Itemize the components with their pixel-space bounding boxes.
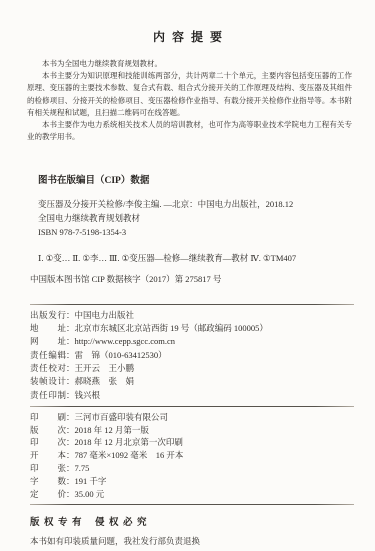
row-value: 2018 年 12 月第一版 bbox=[75, 425, 149, 435]
publisher-row: 责任编辑：雷 锦（010-63412530） bbox=[30, 349, 375, 362]
row-label: 印次 bbox=[30, 436, 66, 449]
row-colon: ： bbox=[66, 336, 75, 346]
row-value: 中国电力出版社 bbox=[75, 310, 135, 320]
row-value: 三河市百盛印装有限公司 bbox=[75, 412, 169, 422]
row-label: 装帧设计 bbox=[30, 375, 66, 388]
row-label: 版次 bbox=[30, 424, 66, 437]
cip-title-line: 变压器及分接开关检修/李俊主编. —北京：中国电力出版社，2018.12 bbox=[38, 198, 355, 212]
divider-rule bbox=[30, 504, 354, 505]
row-value: 7.75 bbox=[75, 463, 90, 473]
cip-classification-line: Ⅰ. ①变… Ⅱ. ①李… Ⅲ. ①变压器—检修—继续教育—教材 Ⅳ. ①TM4… bbox=[38, 252, 355, 264]
row-colon: ： bbox=[66, 450, 75, 460]
printing-row: 印次：2018 年 12 月北京第一次印刷 bbox=[30, 436, 375, 449]
cip-heading: 图书在版编目（CIP）数据 bbox=[38, 172, 375, 186]
row-value: 2018 年 12 月北京第一次印刷 bbox=[75, 437, 183, 447]
row-label: 责任印制 bbox=[30, 389, 66, 402]
row-value: 191 千字 bbox=[75, 476, 107, 486]
website-url: http://www.cepp.sgcc.com.cn bbox=[75, 336, 175, 346]
printing-row: 开本：787 毫米×1092 毫米 16 开本 bbox=[30, 449, 375, 462]
divider-rule bbox=[30, 304, 354, 305]
publisher-row: 地址：北京市东城区北京站西街 19 号（邮政编码 100005） bbox=[30, 322, 375, 335]
row-colon: ： bbox=[66, 476, 75, 486]
row-value: 35.00 元 bbox=[75, 489, 105, 499]
divider-rule bbox=[30, 406, 354, 407]
row-value: 雷 锦（010-63412530） bbox=[75, 350, 167, 360]
row-label: 责任校对 bbox=[30, 362, 66, 375]
book-copyright-page: 内容提要 本书为全国电力继续教育规划教材。 本书主要分为知识原理和技能训练两部分… bbox=[0, 0, 375, 551]
row-colon: ： bbox=[66, 412, 75, 422]
row-label: 网址 bbox=[30, 335, 66, 348]
row-colon: ： bbox=[66, 323, 75, 333]
row-colon: ： bbox=[66, 463, 75, 473]
copyright-notice: 版权专有侵权必究 bbox=[30, 514, 375, 528]
row-label: 印张 bbox=[30, 462, 66, 475]
row-label: 地址 bbox=[30, 322, 66, 335]
row-label: 出版发行 bbox=[30, 309, 66, 322]
row-colon: ： bbox=[66, 376, 75, 386]
printing-row: 字数：191 千字 bbox=[30, 475, 375, 488]
cip-description: 变压器及分接开关检修/李俊主编. —北京：中国电力出版社，2018.12 全国电… bbox=[38, 198, 355, 239]
row-colon: ： bbox=[66, 363, 75, 373]
row-colon: ： bbox=[66, 310, 75, 320]
printing-info-block: 印刷：三河市百盛印装有限公司 版次：2018 年 12 月第一版 印次：2018… bbox=[30, 411, 375, 501]
row-colon: ： bbox=[66, 350, 75, 360]
publisher-row: 责任校对：王开云 王小鹏 bbox=[30, 362, 375, 375]
row-label: 印刷 bbox=[30, 411, 66, 424]
printing-row: 版次：2018 年 12 月第一版 bbox=[30, 424, 375, 437]
row-label: 定价 bbox=[30, 488, 66, 501]
publisher-row: 装帧设计：郝晓燕 张 娟 bbox=[30, 375, 375, 388]
cip-record-line: 中国版本图书馆 CIP 数据核字（2017）第 275817 号 bbox=[30, 273, 355, 285]
quality-return-note: 本书如有印装质量问题，我社发行部负责退换 bbox=[30, 535, 375, 547]
row-value: 郝晓燕 张 娟 bbox=[75, 376, 135, 386]
summary-paragraph: 本书为全国电力继续教育规划教材。 bbox=[27, 58, 352, 70]
row-value: 王开云 王小鹏 bbox=[75, 363, 135, 373]
publisher-row: 出版发行：中国电力出版社 bbox=[30, 309, 375, 322]
row-colon: ： bbox=[66, 437, 75, 447]
publisher-row: 网址：http://www.cepp.sgcc.com.cn bbox=[30, 335, 375, 348]
copyright-notice-left: 版权专有 bbox=[30, 518, 86, 528]
copyright-notice-right: 侵权必究 bbox=[95, 518, 151, 528]
publisher-row: 责任印制：钱兴根 bbox=[30, 389, 375, 402]
content-summary-title: 内容提要 bbox=[0, 28, 375, 45]
row-label: 字数 bbox=[30, 475, 66, 488]
printing-row: 印张：7.75 bbox=[30, 462, 375, 475]
content-summary-section: 本书为全国电力继续教育规划教材。 本书主要分为知识原理和技能训练两部分，共计两章… bbox=[27, 58, 352, 143]
row-label: 责任编辑 bbox=[30, 349, 66, 362]
summary-paragraph: 本书主要分为知识原理和技能训练两部分，共计两章二十个单元，主要内容包括变压器的工… bbox=[27, 70, 352, 119]
row-colon: ： bbox=[66, 390, 75, 400]
row-label: 开本 bbox=[30, 449, 66, 462]
row-value: 787 毫米×1092 毫米 16 开本 bbox=[75, 450, 184, 460]
publisher-info-block: 出版发行：中国电力出版社 地址：北京市东城区北京站西街 19 号（邮政编码 10… bbox=[30, 309, 375, 402]
printing-row: 定价：35.00 元 bbox=[30, 488, 375, 501]
summary-paragraph: 本书主要作为电力系统相关技术人员的培训教材，也可作为高等职业技术学院电力工程有关… bbox=[27, 119, 352, 143]
cip-isbn-line: ISBN 978-7-5198-1354-3 bbox=[38, 226, 355, 240]
row-value: 钱兴根 bbox=[75, 390, 101, 400]
row-value: 北京市东城区北京站西街 19 号（邮政编码 100005） bbox=[75, 323, 268, 333]
printing-row: 印刷：三河市百盛印装有限公司 bbox=[30, 411, 375, 424]
row-colon: ： bbox=[66, 425, 75, 435]
cip-series-line: 全国电力继续教育规划教材 bbox=[38, 212, 355, 226]
row-colon: ： bbox=[66, 489, 75, 499]
